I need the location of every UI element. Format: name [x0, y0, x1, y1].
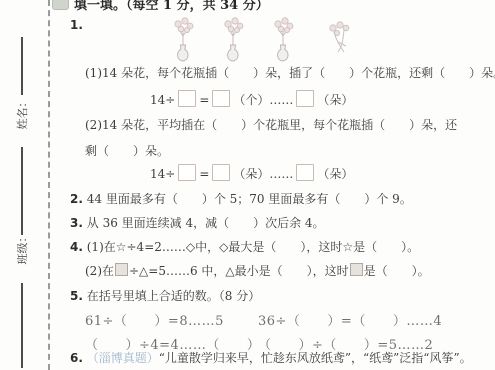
question-2-number: 2. — [70, 192, 83, 206]
fill-equation-2: 36÷（ ）=（ ）……4 — [258, 310, 442, 329]
flower-bunch-icon — [324, 16, 354, 64]
question-4-part2-mid: ÷△=5……6 中，△最小是（ ），这时 — [129, 264, 349, 278]
question-6-source-tag: （淄博真题） — [87, 351, 159, 365]
equation-text: 14÷ — [150, 93, 175, 107]
question-4-part1: 4. (1)在☆÷4=2……◇中，◇最大是（ ），这时☆是（ ）。 — [70, 240, 419, 255]
question-1-equation-2: 14÷=（朵）……（朵） — [150, 164, 353, 182]
margin-rule-middle — [21, 147, 23, 235]
question-5-number: 5. — [70, 289, 83, 303]
shaded-square-symbol — [115, 263, 128, 276]
question-6-number: 6. — [70, 351, 83, 365]
question-4-part2-end: 是（ ）。 — [364, 264, 430, 278]
equation-text: （朵）…… — [233, 167, 293, 181]
flower-illustration — [170, 16, 354, 64]
fill-equation-1: 61÷（ ）=8……5 — [85, 310, 224, 329]
margin-rule-top — [21, 37, 23, 95]
question-3: 3. 从 36 里面连续减 4，减（ ）次后余 4。 — [70, 216, 325, 231]
question-6-text: “儿童散学归来早，忙趁东风放纸鸢”，“纸鸢”泛指“风筝”。 — [159, 351, 472, 365]
answer-box — [296, 90, 314, 107]
question-4-part2-pre: (2)在 — [85, 264, 114, 278]
question-1-equation-1: 14÷=（个）……（朵） — [150, 90, 353, 108]
question-5: 5. 在括号里填上合适的数。（8 分） — [70, 289, 260, 304]
margin-rule-bottom — [21, 283, 23, 368]
class-label: 班级： — [14, 228, 30, 268]
question-1-part1: (1)14 朵花，每个花瓶插（ ）朵，插了（ ）个花瓶，还剩（ ）朵。 — [85, 66, 495, 81]
question-3-text: 从 36 里面连续减 4，减（ ）次后余 4。 — [87, 216, 325, 230]
equation-text: （个）…… — [233, 93, 293, 107]
equation-text: = — [199, 167, 209, 181]
question-5-text: 在括号里填上合适的数。（8 分） — [87, 289, 260, 303]
question-1-part2-line1: (2)14 朵花，平均插在（ ）个花瓶里，每个花瓶插（ ）朵，还 — [85, 118, 457, 133]
flower-vase-icon — [170, 16, 196, 64]
equation-text: 14÷ — [150, 167, 175, 181]
answer-box — [212, 90, 230, 107]
binding-dashed-line — [48, 0, 50, 370]
answer-box — [212, 164, 230, 181]
equation-text: （朵） — [317, 93, 353, 107]
question-2-text: 44 里面最多有（ ）个 5；70 里面最多有（ ）个 9。 — [87, 192, 412, 206]
equation-text: = — [199, 93, 209, 107]
shaded-square-symbol — [350, 263, 363, 276]
question-2: 2. 44 里面最多有（ ）个 5；70 里面最多有（ ）个 9。 — [70, 192, 412, 207]
question-1-number: 1. — [70, 18, 83, 33]
question-4-part2: (2)在÷△=5……6 中，△最小是（ ），这时是（ ）。 — [85, 263, 430, 279]
question-3-number: 3. — [70, 216, 83, 230]
question-1-part2-line2: 剩（ ）朵。 — [85, 144, 169, 159]
section-title-row: 填一填。（每空 1 分，共 34 分） — [52, 0, 269, 13]
flower-vase-icon — [220, 16, 246, 64]
flower-vase-icon — [270, 16, 296, 64]
section-badge-icon — [52, 0, 69, 10]
question-4-number: 4. — [70, 240, 83, 254]
answer-box — [178, 90, 196, 107]
question-6: 6. （淄博真题）“儿童散学归来早，忙趁东风放纸鸢”，“纸鸢”泛指“风筝”。 — [70, 351, 472, 366]
answer-box — [178, 164, 196, 181]
question-4-part1-text: (1)在☆÷4=2……◇中，◇最大是（ ），这时☆是（ ）。 — [87, 240, 419, 254]
student-name-label: 姓名： — [14, 93, 30, 133]
equation-text: （朵） — [317, 167, 353, 181]
answer-box — [296, 164, 314, 181]
section-title: 填一填。（每空 1 分，共 34 分） — [74, 0, 269, 13]
